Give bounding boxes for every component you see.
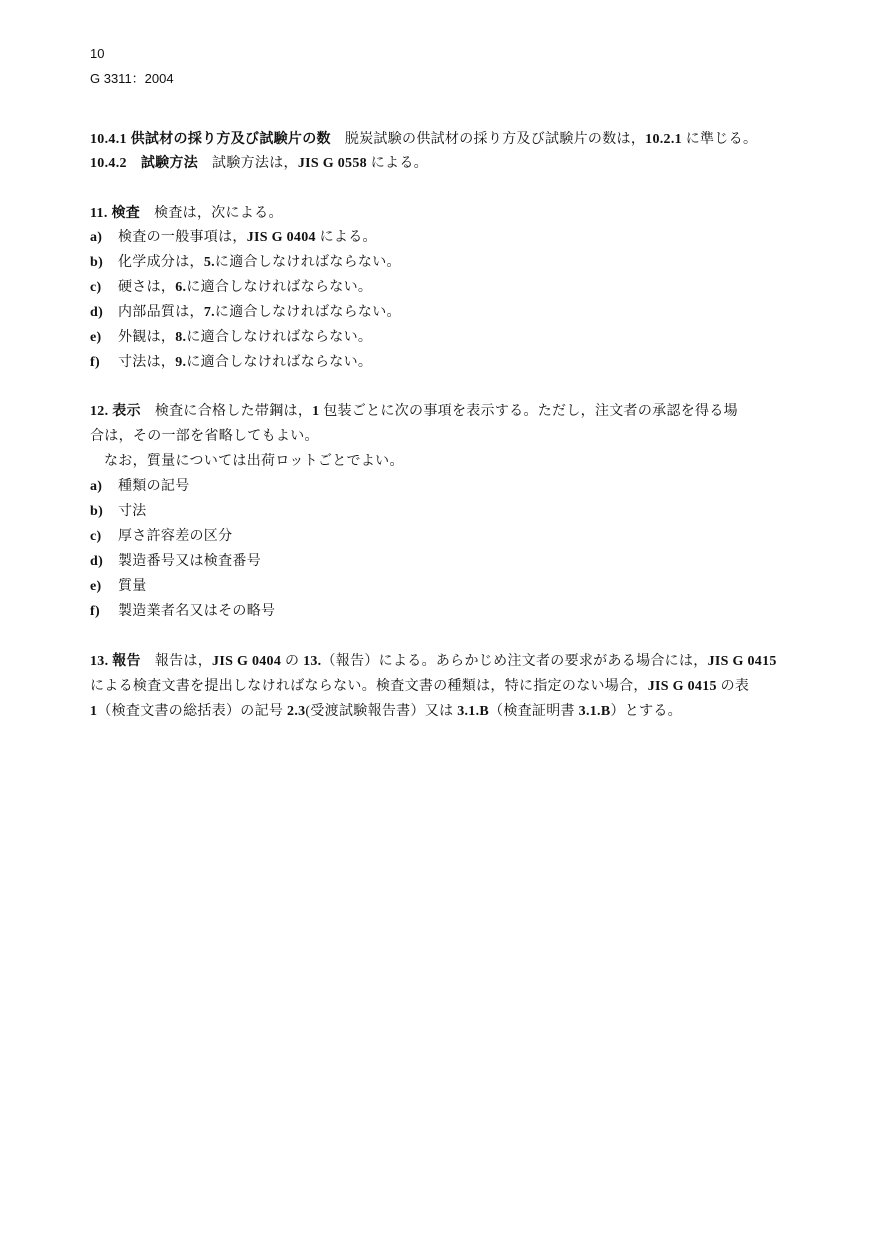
list-label: b) [90, 503, 118, 521]
list-item: d)内部品質は，7.に適合しなければならない。 [90, 304, 401, 322]
section-number: 10.4.1 [90, 132, 127, 147]
section-text: 包装ごとに次の事項を表示する。ただし，注文者の承認を得る場 [319, 404, 738, 419]
list-item: c)硬さは，6.に適合しなければならない。 [90, 279, 372, 297]
reference: JIS G 0415 [708, 654, 777, 669]
list-text: 硬さは， [118, 280, 175, 295]
list-label: e) [90, 578, 118, 596]
section-10-4-1: 10.4.1 供試材の採り方及び試験片の数脱炭試験の供試材の採り方及び試験片の数… [90, 131, 757, 149]
list-item: c)厚さ許容差の区分 [90, 528, 232, 546]
reference: 7. [204, 305, 215, 320]
reference: 5. [204, 255, 215, 270]
list-label: f) [90, 354, 118, 372]
section-11: 11. 検査検査は，次による。 [90, 205, 283, 223]
section-title: 検査 [111, 206, 140, 221]
section-number: 13. [90, 654, 108, 669]
list-item: b)化学成分は，5.に適合しなければならない。 [90, 254, 401, 272]
list-text: 内部品質は， [118, 305, 204, 320]
reference: JIS G 0404 [212, 654, 281, 669]
list-text: 厚さ許容差の区分 [118, 529, 232, 544]
section-12-note: なお，質量については出荷ロットごとでよい。 [104, 453, 404, 471]
section-number: 12. [90, 404, 108, 419]
document-page: 10 G 3311：2004 10.4.1 供試材の採り方及び試験片の数脱炭試験… [0, 0, 870, 1237]
list-text: 寸法は， [118, 355, 175, 370]
list-item: e)質量 [90, 578, 147, 596]
list-item: d)製造番号又は検査番号 [90, 553, 261, 571]
section-text: 報告は， [155, 654, 212, 669]
list-label: c) [90, 528, 118, 546]
list-text: による。 [316, 230, 377, 245]
section-text: による。 [367, 156, 428, 171]
section-text: （報告）による。あらかじめ注文者の要求がある場合には， [321, 654, 707, 669]
section-text: （検査証明書 [489, 704, 579, 719]
section-title: 報告 [112, 654, 141, 669]
standard-id: G 3311：2004 [90, 68, 174, 87]
list-label: a) [90, 478, 118, 496]
list-item: a)種類の記号 [90, 478, 190, 496]
list-label: a) [90, 229, 118, 247]
section-text: (受渡試験報告書）又は [305, 704, 457, 719]
list-label: e) [90, 329, 118, 347]
section-title: 表示 [112, 404, 141, 419]
reference: 6. [175, 280, 186, 295]
reference: JIS G 0558 [298, 156, 367, 171]
section-12-line-2: 合は，その一部を省略してもよい。 [90, 428, 319, 446]
reference: 10.2.1 [645, 132, 682, 147]
list-text: 製造番号又は検査番号 [118, 554, 261, 569]
reference: JIS G 0415 [648, 679, 717, 694]
list-item: a)検査の一般事項は，JIS G 0404 による。 [90, 229, 377, 247]
list-text: 製造業者名又はその略号 [118, 604, 275, 619]
section-text: 検査は，次による。 [154, 206, 283, 221]
section-text: ）とする。 [610, 704, 682, 719]
section-text: 試験方法は， [212, 156, 298, 171]
section-text: 脱炭試験の供試材の採り方及び試験片の数は， [345, 132, 645, 147]
list-text: 検査の一般事項は， [118, 230, 247, 245]
list-label: b) [90, 254, 118, 272]
section-title: 試験方法 [141, 156, 198, 171]
section-13-line-3: 1（検査文書の総括表）の記号 2.3(受渡試験報告書）又は 3.1.B（検査証明… [90, 703, 682, 721]
section-number: 11. [90, 206, 108, 221]
list-label: d) [90, 304, 118, 322]
section-text: の [281, 654, 303, 669]
list-item: e)外観は，8.に適合しなければならない。 [90, 329, 372, 347]
list-label: f) [90, 603, 118, 621]
reference: 3.1.B [579, 704, 611, 719]
list-text: 質量 [118, 579, 147, 594]
list-text: 寸法 [118, 504, 147, 519]
page-number: 10 [90, 46, 104, 61]
section-13: 13. 報告報告は，JIS G 0404 の 13.（報告）による。あらかじめ注… [90, 653, 777, 671]
reference: 2.3 [287, 704, 305, 719]
list-text: に適合しなければならない。 [215, 305, 401, 320]
list-text: 外観は， [118, 330, 175, 345]
section-13-line-2: による検査文書を提出しなければならない。検査文書の種類は，特に指定のない場合，J… [90, 678, 749, 696]
section-12: 12. 表示検査に合格した帯鋼は，1 包装ごとに次の事項を表示する。ただし，注文… [90, 403, 738, 421]
list-item: f)製造業者名又はその略号 [90, 603, 275, 621]
list-item: f)寸法は，9.に適合しなければならない。 [90, 354, 372, 372]
reference: 9. [175, 355, 186, 370]
list-text: に適合しなければならない。 [186, 280, 372, 295]
section-text: の表 [717, 679, 749, 694]
list-text: に適合しなければならない。 [186, 355, 372, 370]
section-text: （検査文書の総括表）の記号 [97, 704, 287, 719]
list-label: c) [90, 279, 118, 297]
section-text: 検査に合格した帯鋼は， [155, 404, 312, 419]
reference: 13. [303, 654, 321, 669]
list-text: 種類の記号 [118, 479, 190, 494]
reference: JIS G 0404 [247, 230, 316, 245]
list-text: 化学成分は， [118, 255, 204, 270]
list-text: に適合しなければならない。 [215, 255, 401, 270]
list-item: b)寸法 [90, 503, 147, 521]
section-text: に準じる。 [682, 132, 757, 147]
section-10-4-2: 10.4.2試験方法試験方法は，JIS G 0558 による。 [90, 155, 428, 173]
section-title: 供試材の採り方及び試験片の数 [131, 132, 331, 147]
reference: 8. [175, 330, 186, 345]
list-text: に適合しなければならない。 [186, 330, 372, 345]
section-text: による検査文書を提出しなければならない。検査文書の種類は，特に指定のない場合， [90, 679, 648, 694]
reference: 3.1.B [457, 704, 489, 719]
section-number: 10.4.2 [90, 156, 127, 171]
list-label: d) [90, 553, 118, 571]
